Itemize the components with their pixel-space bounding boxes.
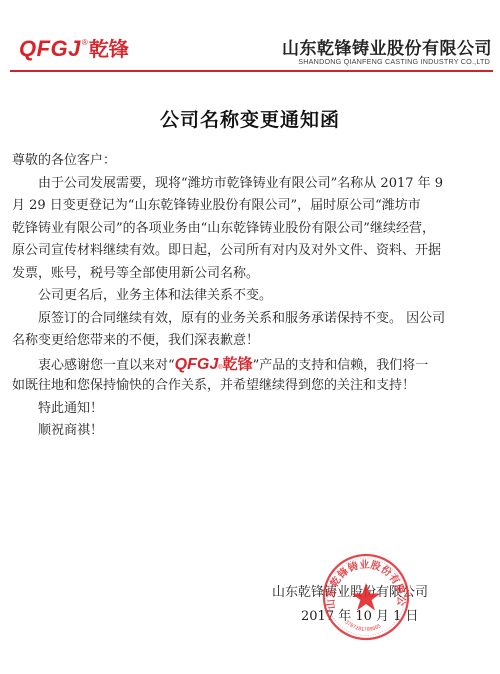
brand-latin-text: QFGJ (175, 354, 219, 377)
paragraph-line: 名称变更给您带来的不便，我们深表歉意！ (12, 330, 492, 353)
paragraph-line: 原公司宣传材料继续有效。即日起，公司所有对内及对外文件、资料、开据 (12, 240, 492, 263)
paragraph-contracts: 原签订的合同继续有效，原有的业务关系和服务承诺保持不变。 因公司 名称变更给您带… (12, 308, 492, 353)
registered-mark: ® (82, 38, 88, 48)
letter-body: 尊敬的各位客户： 由于公司发展需要，现将“潍坊市乾锋铸业有限公司”名称从 201… (12, 150, 492, 443)
signature-block: 山东乾锋铸业股份有限公司 2017 年 10 月 1 日 (272, 581, 428, 629)
signature-company: 山东乾锋铸业股份有限公司 (272, 581, 428, 605)
brand-chinese-text: 乾锋 (223, 353, 253, 376)
signature-date: 2017 年 10 月 1 日 (272, 605, 428, 629)
paragraph-line: 如既往地和您保持愉快的合作关系，并希望继续得到您的关注和支持！ (12, 375, 492, 398)
document-title: 公司名称变更通知函 (0, 105, 500, 132)
closing-regards: 顺祝商祺！ (12, 420, 492, 443)
paragraph-line: 乾锋铸业有限公司”的各项业务由“山东乾锋铸业股份有限公司”继续经营， (12, 218, 492, 241)
paragraph-line: 衷心感谢您一直以来对“QFGJ®乾锋”产品的支持和信赖，我们将一 (12, 353, 492, 376)
company-logo: QFGJ ® 乾锋 (19, 38, 129, 60)
logo-chinese-text: 乾锋 (89, 38, 129, 60)
paragraph-line: 月 29 日变更登记为“山东乾锋铸业股份有限公司”，届时原公司“潍坊市 (12, 195, 492, 218)
paragraph-name-change: 由于公司发展需要，现将“潍坊市乾锋铸业有限公司”名称从 2017 年 9 月 2… (12, 173, 492, 286)
company-name-cn: 山东乾锋铸业股份有限公司 (282, 34, 492, 59)
letterhead: QFGJ ® 乾锋 山东乾锋铸业股份有限公司 SHANDONG QIANFENG… (0, 0, 500, 74)
header-divider (10, 70, 493, 72)
salutation: 尊敬的各位客户： (12, 150, 492, 173)
closing-notice: 特此通知！ (12, 398, 492, 421)
paragraph-line: 公司更名后，业务主体和法律关系不变。 (12, 285, 492, 308)
company-name-en: SHANDONG QIANFENG CASTING INDUSTRY CO.,L… (298, 57, 490, 66)
paragraph-thanks: 衷心感谢您一直以来对“QFGJ®乾锋”产品的支持和信赖，我们将一 如既往地和您保… (12, 353, 492, 398)
paragraph-line: 发票，账号，税号等全部使用新公司名称。 (12, 263, 492, 286)
paragraph-line: 原签订的合同继续有效，原有的业务关系和服务承诺保持不变。 因公司 (12, 308, 492, 331)
thanks-text-before: 衷心感谢您一直以来对“ (38, 358, 175, 373)
paragraph-line: 由于公司发展需要，现将“潍坊市乾锋铸业有限公司”名称从 2017 年 9 (12, 173, 492, 196)
paragraph-legal-unchanged: 公司更名后，业务主体和法律关系不变。 (12, 285, 492, 308)
thanks-text-after: ”产品的支持和信赖，我们将一 (253, 358, 429, 373)
logo-latin-text: QFGJ (19, 38, 81, 60)
